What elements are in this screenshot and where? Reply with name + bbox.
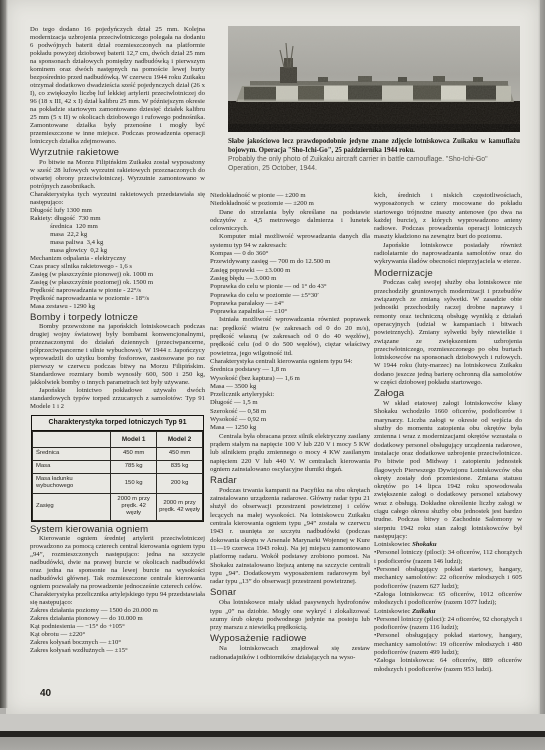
paragraph-firing-data: Dane do strzelania były określane na pod… [210,209,370,234]
table-header-model2: Model 2 [157,431,203,447]
ship-label-prefix: Lotniskowiec [374,608,410,615]
table-header-model1: Model 1 [111,431,157,447]
scan-edge-shadow-left [0,0,8,708]
table-cell-value: 785 kg [111,460,157,473]
section-heading-radar: Radar [210,477,370,485]
table-cell-value: 150 kg [111,473,157,493]
photo-caption-english: Probably the only photo of Zuikaku aircr… [228,156,520,173]
paragraph-aa-guns: Do tego dodano 16 pojedyńczych dział 25 … [30,26,205,146]
table-row: Średnica 450 mm 450 mm [33,447,203,460]
middle-column: Niedokładność w pionie — ±200 m Niedokła… [210,192,370,690]
torpedo-table-title: Charakterystyka torped lotniczych Typ 91 [32,416,203,431]
ship-name-shokaku: Shokaku [412,541,437,548]
crew-item: •Załoga lotniskowca: 64 oficerów, 889 of… [374,657,522,674]
paragraph-sonar: Oba lotniskowce miały układ pasywnych hy… [210,599,370,632]
carrier-photo-illustration [228,26,520,132]
section-heading-rocket-launchers: Wyrzutnie rakietowe [30,149,205,157]
paragraph-radio-beacons: Japońskie lotniskowce posiadały również … [374,242,522,267]
table-cell-value: 2000 m przy prędk. 42 węzły [111,493,157,520]
torpedo-table: Charakterystyka torped lotniczych Typ 91… [31,415,204,522]
crew-item: •Załoga lotniskowca: 65 oficerów, 1012 o… [374,591,522,608]
section-heading-sonar: Sonar [210,589,370,597]
right-column: kich, średnich i niskich częstotliwościa… [374,192,522,690]
computer-range-spec-list: Kompas — 0 do 360° Przewidywany zasięg —… [210,250,370,316]
paragraph-rockets-2: Charakterystyka tych wyrzutni rakietowyc… [30,191,205,207]
paragraph-rockets-1: Po bitwie na Morzu Filipińskim Zuikaku z… [30,159,205,191]
photo-block: Słabe jakościowo lecz prawdopodobnie jed… [228,26,520,173]
paragraph-fire-1: Kierowanie ogniem średniej artylerii prz… [30,535,205,591]
paragraph-director-intro: Charakterystyka centrali kierowania ogni… [210,358,370,366]
paragraph-crew: W skład etatowej załogi lotniskowców kla… [374,400,522,541]
paragraph-radar: Podczas trwania kampanii na Pacyfiku na … [210,487,370,587]
paragraph-corrections: Istniała możliwość wprowadzania również … [210,316,370,357]
zuikaku-carrier-photo [228,26,520,132]
left-column: Do tego dodano 16 pojedyńczych dział 25 … [30,26,205,688]
paragraph-computer: Komputer miał możliwość wprowadzania dan… [210,233,370,250]
table-cell-value: 200 kg [157,473,203,493]
section-heading-radio-equipment: Wyposażenie radiowe [210,635,370,643]
table-row: Masa 785 kg 835 kg [33,460,203,473]
paragraph-fire-2: Charakterystyka przelicznika artylejskie… [30,591,205,607]
crew-item: •Personel lotniczy (piloci): 24 oficerów… [374,616,522,633]
paragraph-bombs-2: Japońskie lotnictwo pokładowe używało dw… [30,387,205,411]
scan-background-bottom [0,737,545,750]
table-cell-value: 835 kg [157,460,203,473]
section-heading-fire-control: System kierowania ogniem [30,526,205,534]
paragraph-modernizations: Podczas całej swojej służby oba lotnisko… [374,279,522,387]
accuracy-spec-list: Niedokładność w pionie — ±200 m Niedokła… [210,192,370,209]
paragraph-bombs-1: Bomby przewożone na japońskich lotniskow… [30,323,205,387]
table-cell-label: Masa [33,460,111,473]
page-surface: Do tego dodano 16 pojedyńczych dział 25 … [6,0,540,714]
paragraph-radio-continued: kich, średnich i niskich częstotliwościa… [374,192,522,242]
section-heading-bombs-torpedoes: Bomby i torpedy lotnicze [30,314,205,322]
table-cell-value: 2000 m przy prędk. 42 węzły [157,493,203,520]
fire-control-spec-list: Zakres działania poziomy — 1500 do 20.00… [30,607,205,655]
crew-item: •Personel lotniczy (piloci): 34 oficerów… [374,549,522,566]
table-cell-value: 450 mm [157,447,203,460]
photo-caption-polish: Słabe jakościowo lecz prawdopodobnie jed… [228,138,520,155]
page-number: 40 [40,688,51,699]
ship-label-shokaku: Lotniskowiec Shokaku [374,541,522,549]
table-row: Masa ładunku wybuchowego 150 kg 200 kg [33,473,203,493]
ship-label-zuikaku: Lotniskowiec Zuikaku [374,608,522,616]
scanned-book-page: Do tego dodano 16 pojedyńczych dział 25 … [0,0,545,750]
scan-page-bottom-edge [0,714,545,731]
section-heading-crew: Załoga [374,390,522,398]
ship-label-prefix: Lotniskowiec [374,541,410,548]
table-cell-label: Zasięg [33,493,111,520]
director-spec-list: Średnica podstawy — 1,8 m Wysokość (bez … [210,366,370,432]
table-cell-label: Masa ładunku wybuchowego [33,473,111,493]
scan-edge-shadow-right [538,0,545,714]
table-cell-value: 450 mm [111,447,157,460]
table-row: Zasięg 2000 m przy prędk. 42 węzły 2000 … [33,493,203,520]
rocket-spec-list: Długość lufy 1300 mm Rakiety: długość 73… [30,207,205,311]
crew-item: •Personel obsługujący pokład startowy, h… [374,566,522,591]
table-cell-label: Średnica [33,447,111,460]
ship-name-zuikaku: Zuikaku [412,608,435,615]
table-header-row: Model 1 Model 2 [33,431,203,447]
section-heading-modernizations: Modernizacje [374,270,522,278]
table-header-empty [33,431,111,447]
paragraph-director-motor: Centrala była obracana przez silnik elek… [210,433,370,474]
paragraph-radio: Na lotniskowcach znajdował się zestaw ra… [210,645,370,662]
crew-item: •Personel obsługujący pokład startowy, h… [374,632,522,657]
